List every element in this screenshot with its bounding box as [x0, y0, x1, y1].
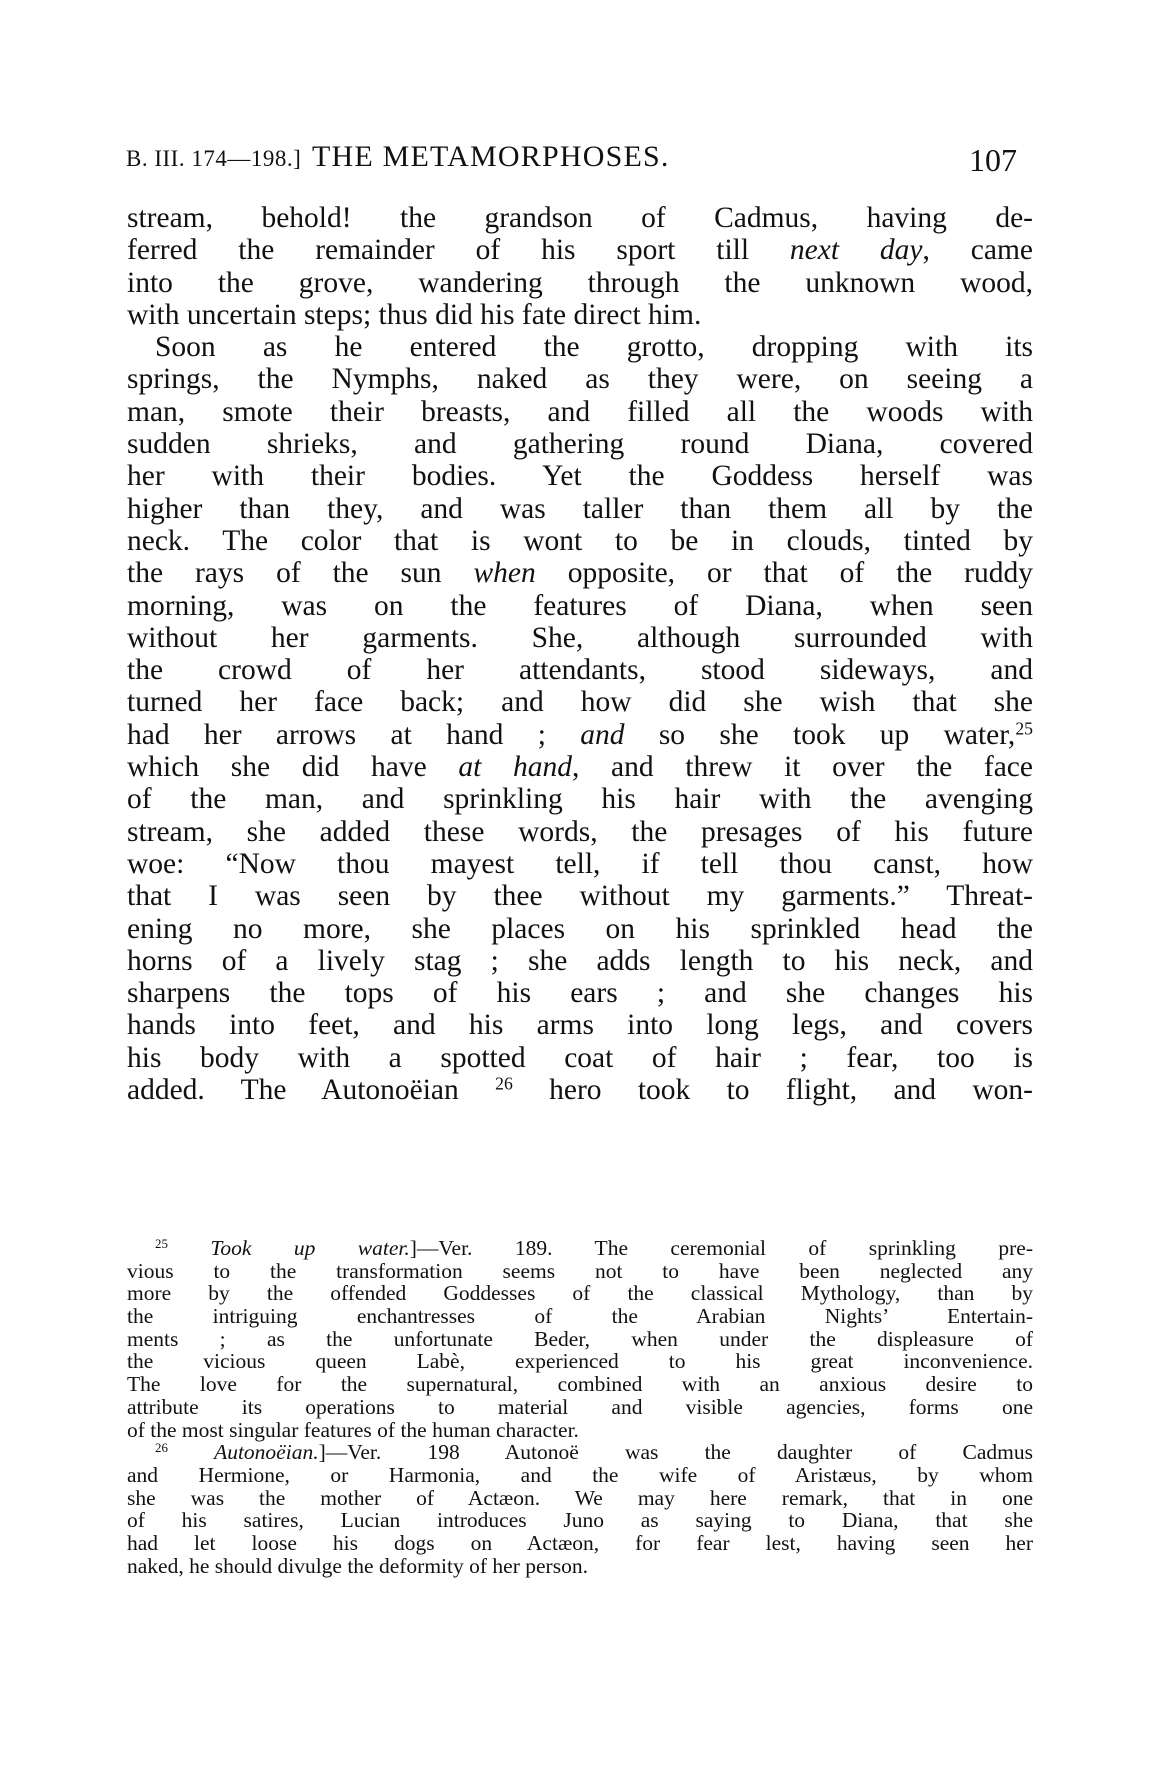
text-line: her with their bodies. Yet the Goddess h… — [127, 460, 1033, 492]
running-head: B. III. 174—198.] THE METAMORPHOSES. 107 — [126, 140, 1026, 180]
text-line: stream, she added these words, the presa… — [127, 816, 1033, 848]
smudged-word: seen — [931, 1531, 969, 1555]
text-line: hands into feet, and his arms into long … — [127, 1009, 1033, 1041]
footnote-number: 25 — [155, 1237, 168, 1251]
footnote-reference-25[interactable]: 25 — [1015, 718, 1033, 738]
text-line: higher than they, and was taller than th… — [127, 493, 1033, 525]
text-line: his body with a spotted coat of hair ; f… — [127, 1042, 1033, 1074]
text-line: sudden shrieks, and gathering round Dian… — [127, 428, 1033, 460]
text-line: springs, the Nymphs, naked as they were,… — [127, 363, 1033, 395]
footnote-line: ments ; as the unfortunate Beder, when u… — [127, 1328, 1033, 1351]
text-line: had her arrows at hand ; and so she took… — [127, 719, 1033, 751]
italic-emphasis: next day — [790, 234, 923, 266]
text-line: ening no more, she places on his sprinkl… — [127, 913, 1033, 945]
footnote-line: of his satires, Lucian introduces Juno a… — [127, 1509, 1033, 1532]
text-line: neck. The color that is wont to be in cl… — [127, 525, 1033, 557]
text-line: turned her face back; and how did she wi… — [127, 686, 1033, 718]
footnote-line: vious to the transformation seems not to… — [127, 1260, 1033, 1283]
footnote-line: attribute its operations to material and… — [127, 1396, 1033, 1419]
text-line: the rays of the sun when opposite, or th… — [127, 557, 1033, 589]
footnote-line: more by the offended Goddesses of the cl… — [127, 1282, 1033, 1305]
italic-emphasis: when — [473, 557, 535, 589]
paragraph-start-line: Soon as he entered the grotto, dropping … — [127, 331, 1033, 363]
smudged-word: that — [935, 1508, 967, 1532]
text-line: that I was seen by thee without my garme… — [127, 880, 1033, 912]
book-line-reference: B. III. 174—198.] — [126, 146, 301, 172]
text-line: with uncertain steps; thus did his fate … — [127, 299, 1033, 331]
italic-emphasis: and — [580, 719, 624, 751]
verse-reference: ]—Ver. 189. — [410, 1236, 553, 1260]
text-line: into the grove, wandering through the un… — [127, 267, 1033, 299]
text-line: morning, was on the features of Diana, w… — [127, 590, 1033, 622]
text-line: ferred the remainder of his sport till n… — [127, 234, 1033, 266]
footnote-number: 26 — [155, 1441, 168, 1455]
text-line: without her garments. She, although surr… — [127, 622, 1033, 654]
text-line: added. The Autonoëian 26 hero took to fl… — [127, 1074, 1033, 1106]
text-line: the crowd of her attendants, stood sidew… — [127, 654, 1033, 686]
book-page: B. III. 174—198.] THE METAMORPHOSES. 107… — [0, 0, 1157, 1765]
footnote-line: and Hermione, or Harmonia, and the wife … — [127, 1464, 1033, 1487]
footnote-line: she was the mother of Actæon. We may her… — [127, 1487, 1033, 1510]
footnotes: 25 Took up water.]—Ver. 189. The ceremon… — [127, 1237, 1033, 1577]
verse-reference: ]—Ver. 198 — [319, 1440, 460, 1464]
text-line: woe: “Now thou mayest tell, if tell thou… — [127, 848, 1033, 880]
footnote-line: the vicious queen Labè, experienced to h… — [127, 1350, 1033, 1373]
footnote-26: 26 Autonoëian.]—Ver. 198 Autonoë was the… — [127, 1441, 1033, 1464]
page-number: 107 — [969, 142, 1017, 179]
footnote-line: The love for the supernatural, combined … — [127, 1373, 1033, 1396]
running-title: THE METAMORPHOSES. — [312, 140, 670, 174]
text-line: sharpens the tops of his ears ; and she … — [127, 977, 1033, 1009]
footnote-line: of the most singular features of the hum… — [127, 1419, 1033, 1442]
footnote-line: naked, he should divulge the deformity o… — [127, 1555, 1033, 1578]
footnote-25: 25 Took up water.]—Ver. 189. The ceremon… — [127, 1237, 1033, 1260]
footnote-reference-26[interactable]: 26 — [495, 1073, 513, 1093]
footnote-line: the intriguing enchantresses of the Arab… — [127, 1305, 1033, 1328]
footnote-lemma: Took up water. — [210, 1236, 409, 1260]
footnote-lemma: Autonoëian. — [214, 1440, 319, 1464]
text-line: man, smote their breasts, and filled all… — [127, 396, 1033, 428]
footnote-line: had let loose his dogs on Actæon, for fe… — [127, 1532, 1033, 1555]
text-line: stream, behold! the grandson of Cadmus, … — [127, 202, 1033, 234]
italic-emphasis: at hand — [458, 751, 572, 783]
text-line: horns of a lively stag ; she adds length… — [127, 945, 1033, 977]
text-line: which she did have at hand, and threw it… — [127, 751, 1033, 783]
text-line: of the man, and sprinkling his hair with… — [127, 783, 1033, 815]
main-text: stream, behold! the grandson of Cadmus, … — [127, 202, 1033, 1106]
